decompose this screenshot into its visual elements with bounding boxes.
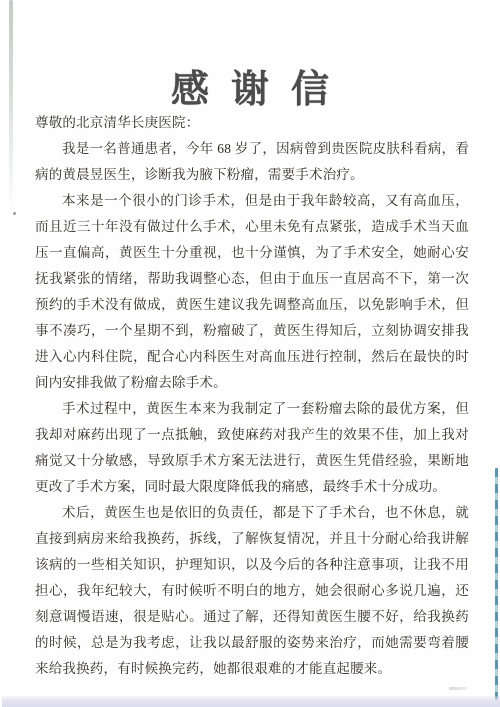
scan-artifact-right-edge-line <box>495 468 498 707</box>
scanned-letter-page: 感谢信 尊敬的北京清华长庚医院： 我是一名普通患者，今年 68 岁了，因病曾到贵… <box>0 0 500 707</box>
scan-artifact-speck <box>13 212 16 215</box>
letter-salutation: 尊敬的北京清华长庚医院： <box>35 110 469 136</box>
letter-paragraph: 术后，黄医生也是依旧的负责任，都是下了手术台，也不休息，就直接到病房来给我换药，… <box>35 500 469 682</box>
scan-artifact-left-edge-line <box>9 0 13 215</box>
letter-title: 感谢信 <box>0 58 500 113</box>
letter-paragraph: 手术过程中，黄医生本来为我制定了一套粉瘤去除的最优方案，但我却对麻药出现了一点抵… <box>35 396 469 500</box>
scan-artifact-bottom-band <box>2 696 500 707</box>
scan-artifact-smudge <box>449 687 467 690</box>
letter-paragraph: 本来是一个很小的门诊手术，但是由于我年龄较高，又有高血压，而且近三十年没有做过什… <box>35 188 469 396</box>
letter-body: 尊敬的北京清华长庚医院： 我是一名普通患者，今年 68 岁了，因病曾到贵医院皮肤… <box>35 110 469 682</box>
letter-paragraph: 我是一名普通患者，今年 68 岁了，因病曾到贵医院皮肤科看病，看病的黄晨昱医生，… <box>35 136 469 188</box>
